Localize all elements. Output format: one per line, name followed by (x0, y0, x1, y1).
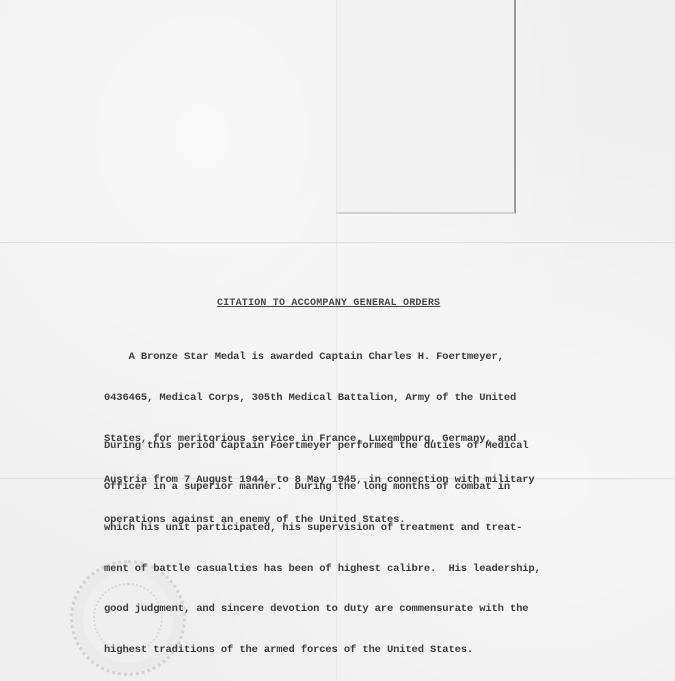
folded-paper-flap (336, 0, 516, 214)
text-line: ment of battle casualties has been of hi… (104, 563, 624, 577)
text-line: which his unit participated, his supervi… (104, 522, 624, 536)
citation-paragraph-2: During this period Captain Foertmeyer pe… (104, 413, 624, 681)
text-line: good judgment, and sincere devotion to d… (104, 603, 624, 617)
document-page: CITATION TO ACCOMPANY GENERAL ORDERS A B… (0, 0, 675, 681)
text-line: Officer in a superior manner. During the… (104, 481, 624, 495)
text-line: A Bronze Star Medal is awarded Captain C… (104, 351, 624, 365)
text-line: 0436465, Medical Corps, 305th Medical Ba… (104, 392, 624, 406)
bleed-through-text (70, 20, 340, 160)
document-title: CITATION TO ACCOMPANY GENERAL ORDERS (217, 298, 440, 309)
text-line: highest traditions of the armed forces o… (104, 644, 624, 658)
text-line: During this period Captain Foertmeyer pe… (104, 440, 624, 454)
